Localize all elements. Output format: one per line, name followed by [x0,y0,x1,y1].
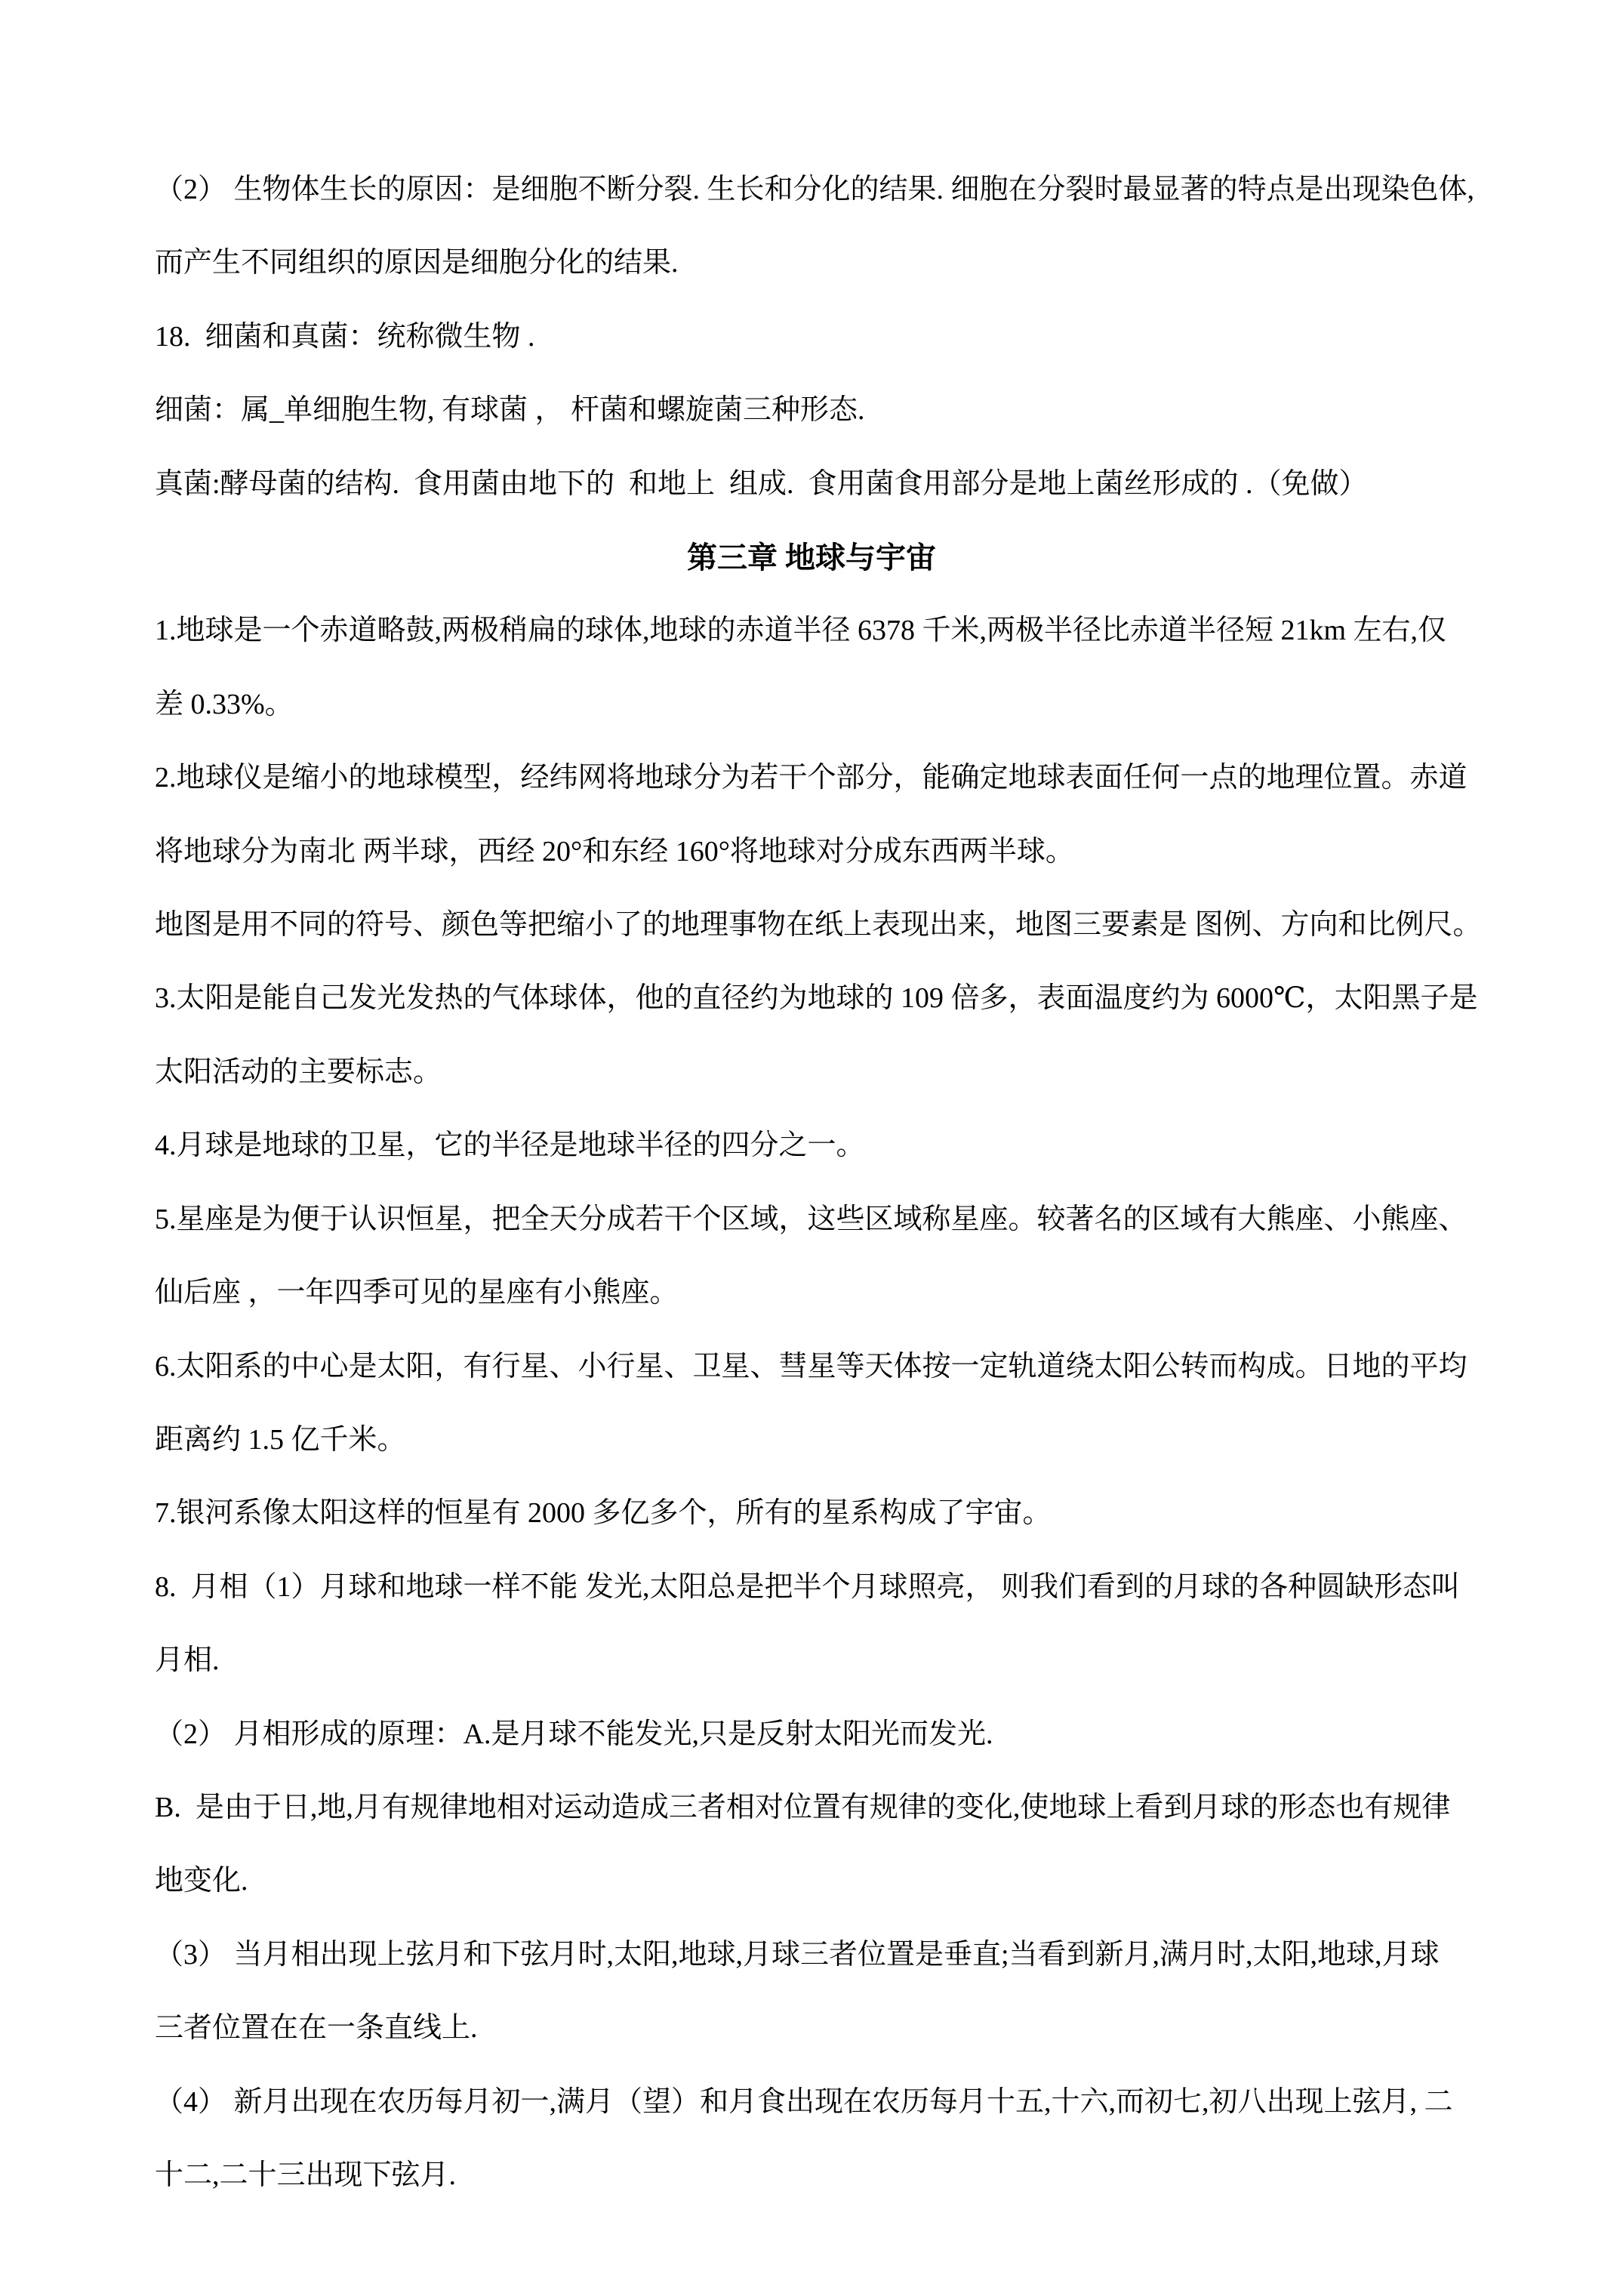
text-line: 三者位置在在一条直线上. [155,1992,1468,2065]
text-line: 2.地球仪是缩小的地球模型，经纬网将地球分为若干个部分，能确定地球表面任何一点的… [155,741,1468,815]
text-line: 差 0.33%。 [155,668,1468,741]
chapter-heading: 第三章 地球与宇宙 [155,521,1468,594]
text-line: （3） 当月相出现上弦月和下弦月时,太阳,地球,月球三者位置是垂直;当看到新月,… [155,1918,1468,1992]
text-line: B. 是由于日,地,月有规律地相对运动造成三者相对位置有规律的变化,使地球上看到… [155,1771,1468,1845]
text-line: 十二,二十三出现下弦月. [155,2139,1468,2212]
text-line: 4.月球是地球的卫星，它的半径是地球半径的四分之一。 [155,1109,1468,1182]
text-line: 地变化. [155,1845,1468,1918]
text-line: 将地球分为南北 两半球，西经 20°和东经 160°将地球对分成东西两半球。 [155,815,1468,889]
text-line: （2） 月相形成的原理：A.是月球不能发光,只是反射太阳光而发光. [155,1698,1468,1771]
text-line: 8. 月相（1）月球和地球一样不能 发光,太阳总是把半个月球照亮， 则我们看到的… [155,1551,1468,1624]
document-body: （2） 生物体生长的原因：是细胞不断分裂. 生长和分化的结果. 细胞在分裂时最显… [155,153,1468,2212]
text-line: 月相. [155,1624,1468,1697]
text-line: 3.太阳是能自己发光发热的气体球体，他的直径约为地球的 109 倍多，表面温度约… [155,962,1468,1035]
text-line: 太阳活动的主要标志。 [155,1036,1468,1109]
text-line: （2） 生物体生长的原因：是细胞不断分裂. 生长和分化的结果. 细胞在分裂时最显… [155,153,1468,227]
text-line: 1.地球是一个赤道略鼓,两极稍扁的球体,地球的赤道半径 6378 千米,两极半径… [155,594,1468,667]
text-line: 而产生不同组织的原因是细胞分化的结果. [155,227,1468,300]
text-line: 真菌:酵母菌的结构. 食用菌由地下的 和地上 组成. 食用菌食用部分是地上菌丝形… [155,448,1468,521]
text-line: 距离约 1.5 亿千米。 [155,1404,1468,1477]
text-line: 7.银河系像太阳这样的恒星有 2000 多亿多个，所有的星系构成了宇宙。 [155,1477,1468,1550]
text-line: 6.太阳系的中心是太阳，有行星、小行星、卫星、彗星等天体按一定轨道绕太阳公转而构… [155,1330,1468,1404]
text-line: （4） 新月出现在农历每月初一,满月（望）和月食出现在农历每月十五,十六,而初七… [155,2066,1468,2139]
text-line: 地图是用不同的符号、颜色等把缩小了的地理事物在纸上表现出来，地图三要素是 图例、… [155,889,1468,962]
text-line: 仙后座 ，一年四季可见的星座有小熊座。 [155,1256,1468,1330]
document-page: （2） 生物体生长的原因：是细胞不断分裂. 生长和分化的结果. 细胞在分裂时最显… [0,0,1623,2296]
text-line: 细菌：属_单细胞生物, 有球菌 ， 杆菌和螺旋菌三种形态. [155,374,1468,447]
text-line: 18. 细菌和真菌：统称微生物 . [155,300,1468,374]
text-line: 5.星座是为便于认识恒星，把全天分成若干个区域，这些区域称星座。较著名的区域有大… [155,1183,1468,1256]
